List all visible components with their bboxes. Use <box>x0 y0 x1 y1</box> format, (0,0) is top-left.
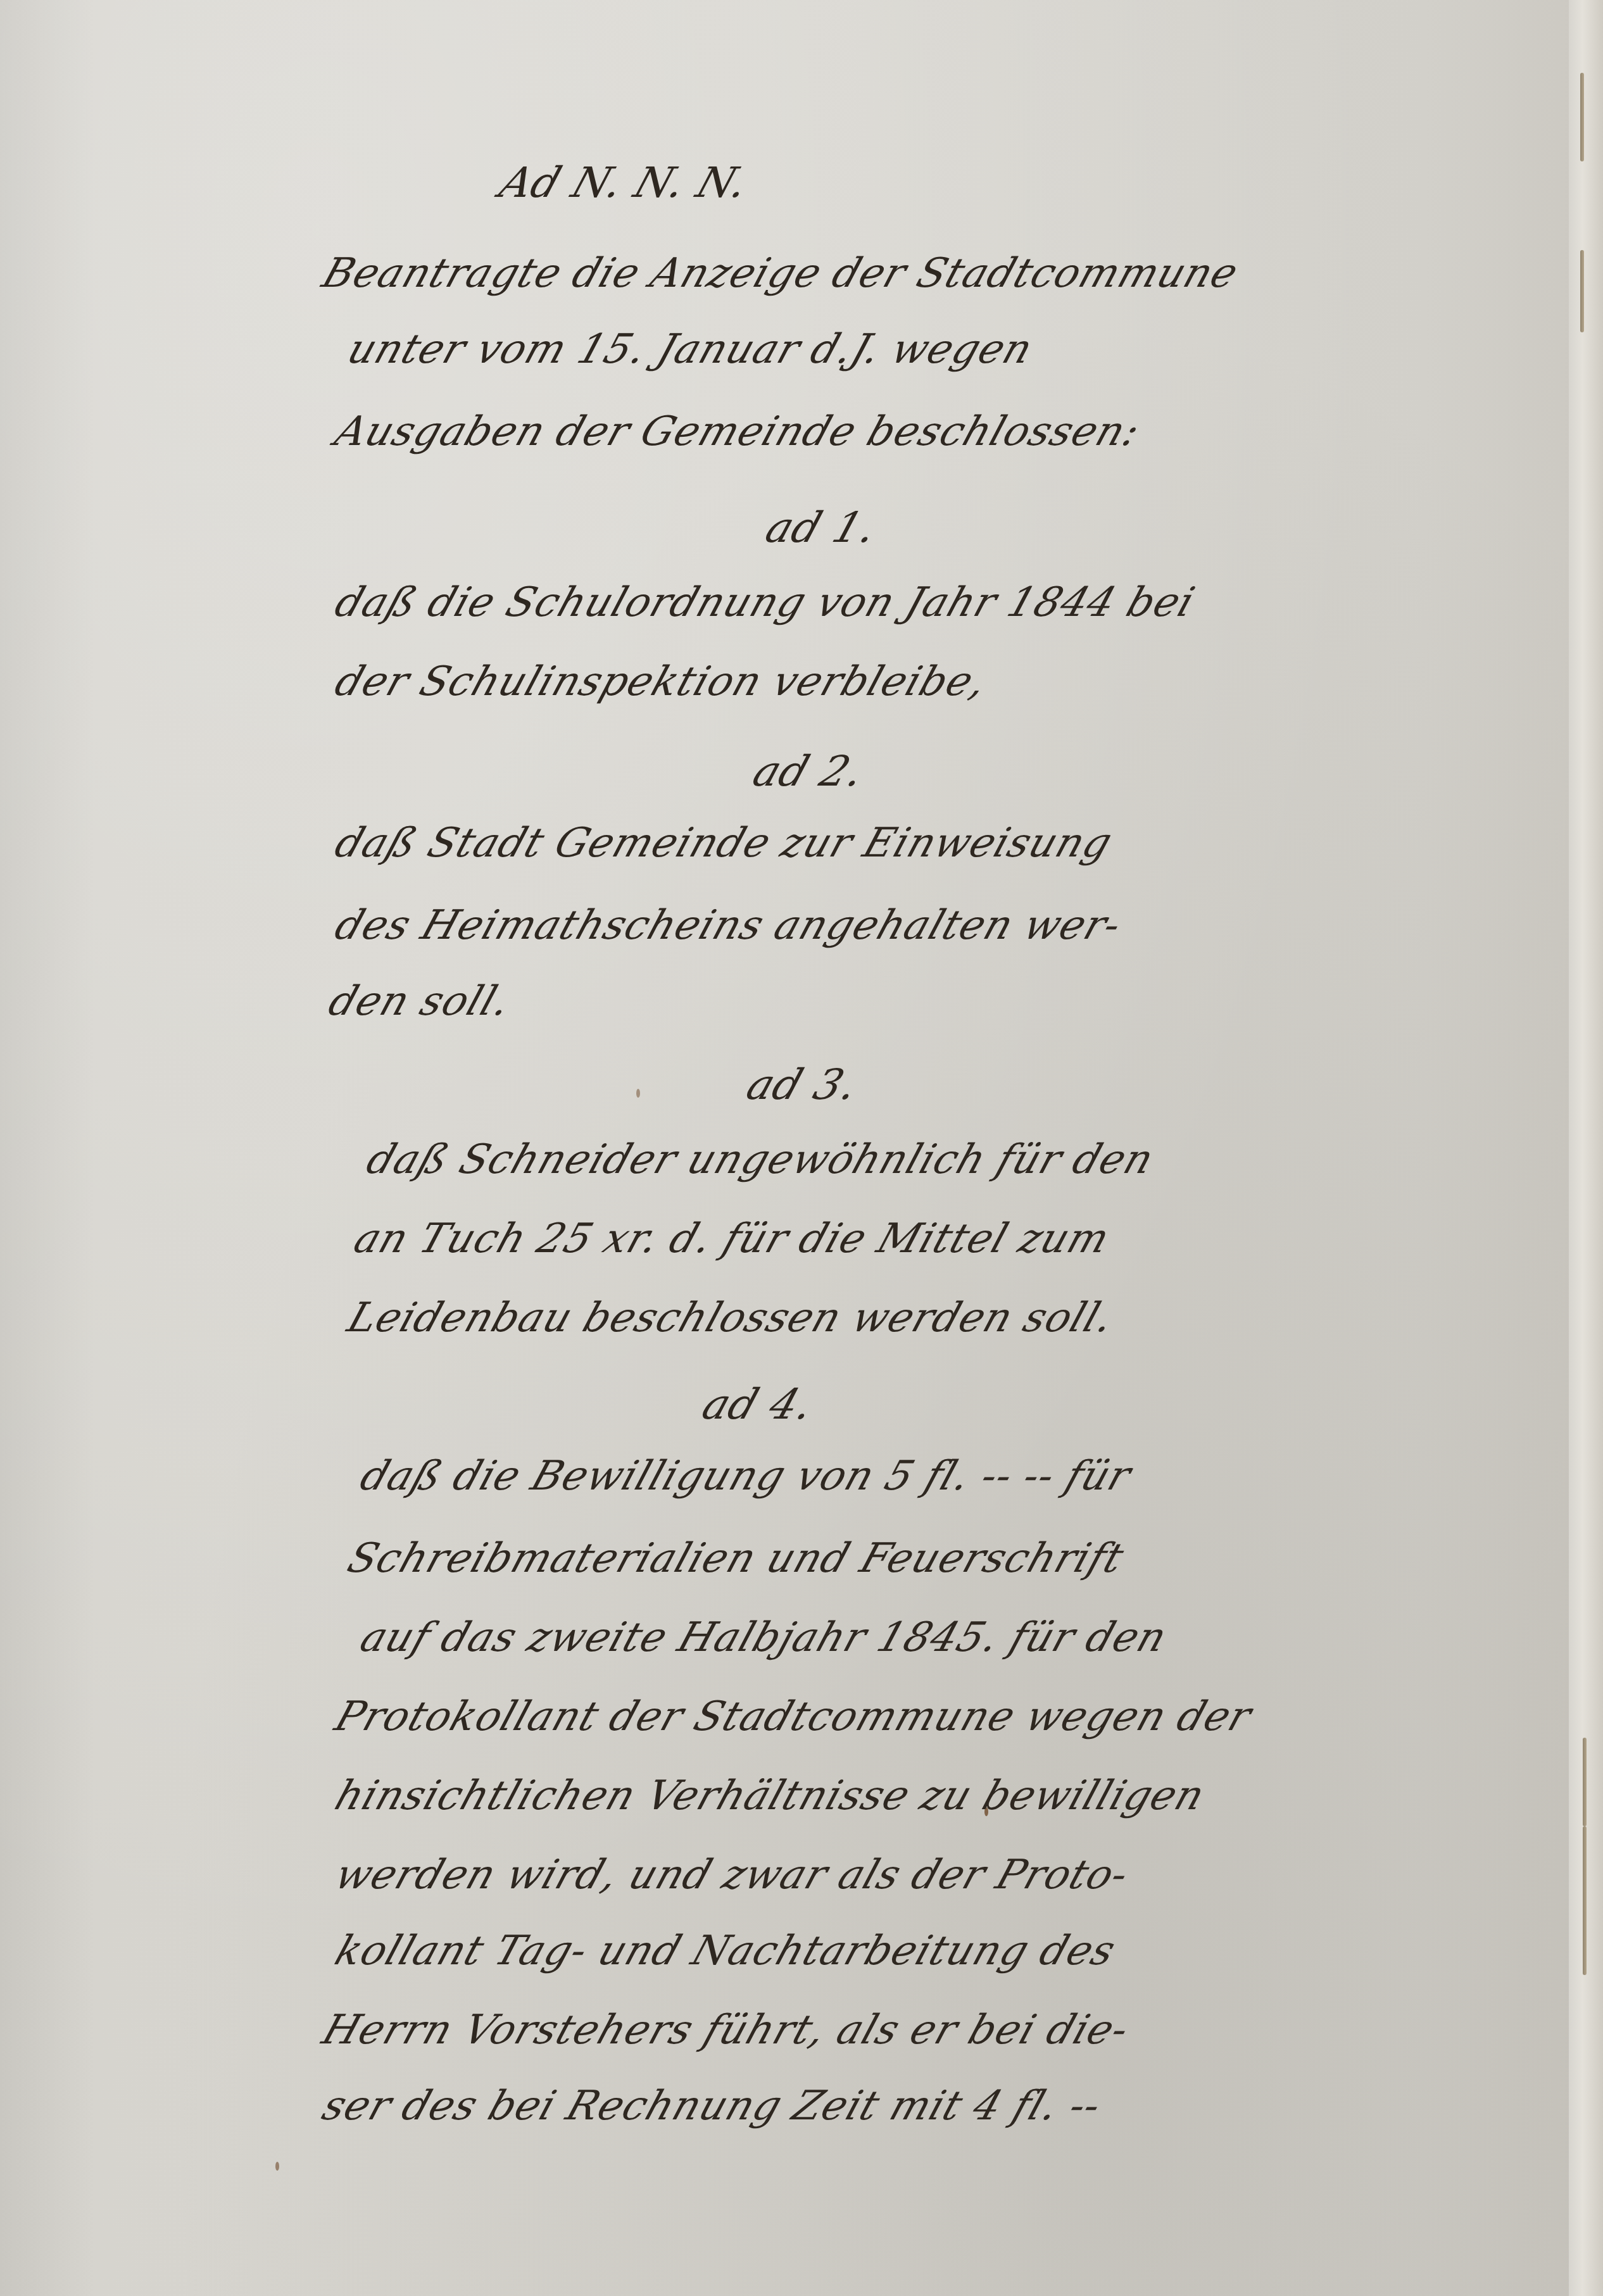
ink-fleck <box>275 2162 279 2171</box>
section-4-line: hinsichtlichen Verhältnisse zu bewillige… <box>329 1772 1210 1819</box>
section-1-line: der Schulinspektion verbleibe, <box>329 658 993 705</box>
section-3-heading: ad 3. <box>741 1060 865 1109</box>
section-4-line: ser des bei Rechnung Zeit mit 4 fl. -- <box>317 2083 1107 2130</box>
section-4-line: daß die Bewilligung von 5 fl. -- -- für <box>355 1453 1137 1500</box>
section-1-heading: ad 1. <box>760 503 884 552</box>
intro-line-3: Ausgaben der Gemeinde beschlossen: <box>329 408 1146 455</box>
section-4-line: kollant Tag- und Nachtarbeitung des <box>329 1928 1121 1974</box>
document-header: Ad N. N. N. <box>494 158 755 207</box>
binding-edge <box>1580 250 1584 332</box>
section-4-heading: ad 4. <box>696 1380 820 1429</box>
binding-edge <box>1583 1826 1587 1975</box>
section-3-line: daß Schneider ungewöhnlich für den <box>361 1136 1160 1183</box>
section-2-line: des Heimathscheins angehalten wer- <box>329 902 1128 949</box>
section-4-line: Herrn Vorstehers führt, als er bei die- <box>317 2007 1135 2054</box>
intro-line-1: Beantragte die Anzeige der Stadtcommune <box>317 250 1244 297</box>
intro-line-2: unter vom 15. Januar d.J. wegen <box>342 326 1039 373</box>
section-4-line: Schreibmaterialien und Feuerschrift <box>342 1535 1129 1582</box>
section-4-line: auf das zweite Halbjahr 1845. für den <box>355 1614 1173 1661</box>
ink-fleck <box>636 1089 640 1098</box>
section-4-line: Protokollant der Stadtcommune wegen der <box>329 1693 1257 1740</box>
section-4-line: werden wird, und zwar als der Proto- <box>329 1852 1135 1898</box>
manuscript-page: Ad N. N. N. Beantragte die Anzeige der S… <box>0 0 1583 2296</box>
section-2-heading: ad 2. <box>747 747 871 796</box>
section-3-line: an Tuch 25 xr. d. für die Mittel zum <box>348 1215 1116 1262</box>
binding-edge <box>1580 73 1584 161</box>
section-3-line: Leidenbau beschlossen werden soll. <box>342 1295 1120 1341</box>
section-1-line: daß die Schulordnung von Jahr 1844 bei <box>329 579 1200 626</box>
binding-edge <box>1583 1738 1587 1826</box>
section-2-line: daß Stadt Gemeinde zur Einweisung <box>329 820 1118 867</box>
section-2-line: den soll. <box>323 978 517 1025</box>
